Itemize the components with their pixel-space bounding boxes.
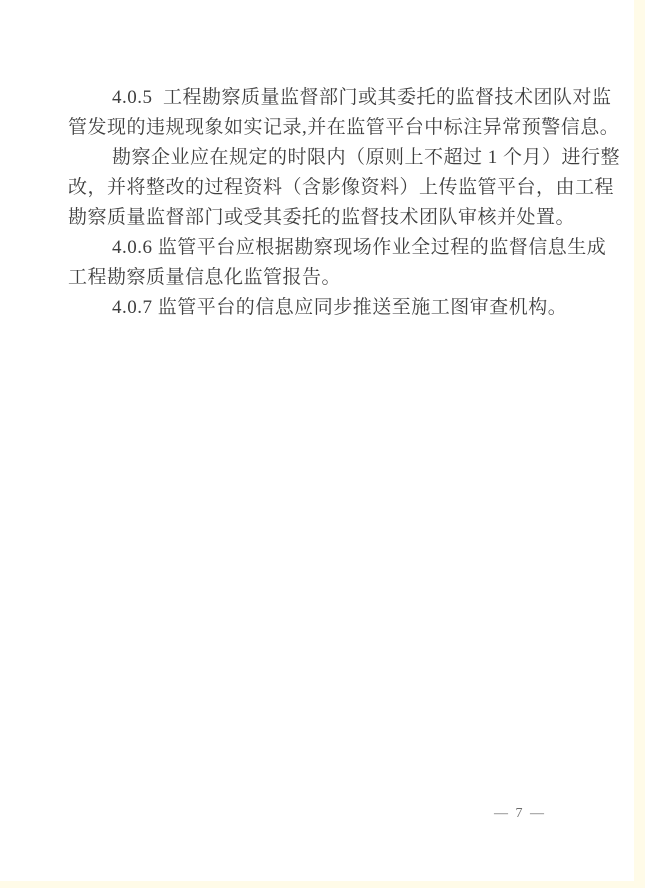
text-line: 勘察企业应在规定的时限内（原则上不超过 1 个月）进行整 [68, 143, 580, 173]
page-number: — 7 — [470, 806, 570, 822]
document-page: 4.0.5 工程勘察质量监督部门或其委托的监督技术团队对监管发现的违规现象如实记… [0, 0, 645, 888]
scan-edge-right [634, 0, 645, 888]
text-line: 改，并将整改的过程资料（含影像资料）上传监管平台，由工程 [68, 173, 580, 203]
text-line: 4.0.6 监管平台应根据勘察现场作业全过程的监督信息生成 [68, 233, 580, 263]
text-line: 4.0.7 监管平台的信息应同步推送至施工图审查机构。 [68, 293, 580, 323]
scan-edge-bottom [0, 881, 645, 888]
text-line: 4.0.5 工程勘察质量监督部门或其委托的监督技术团队对监 [68, 83, 580, 113]
text-line: 管发现的违规现象如实记录,并在监管平台中标注异常预警信息。 [68, 113, 580, 143]
document-text-block: 4.0.5 工程勘察质量监督部门或其委托的监督技术团队对监管发现的违规现象如实记… [68, 83, 580, 323]
text-line: 工程勘察质量信息化监管报告。 [68, 263, 580, 293]
text-line: 勘察质量监督部门或受其委托的监督技术团队审核并处置。 [68, 203, 580, 233]
